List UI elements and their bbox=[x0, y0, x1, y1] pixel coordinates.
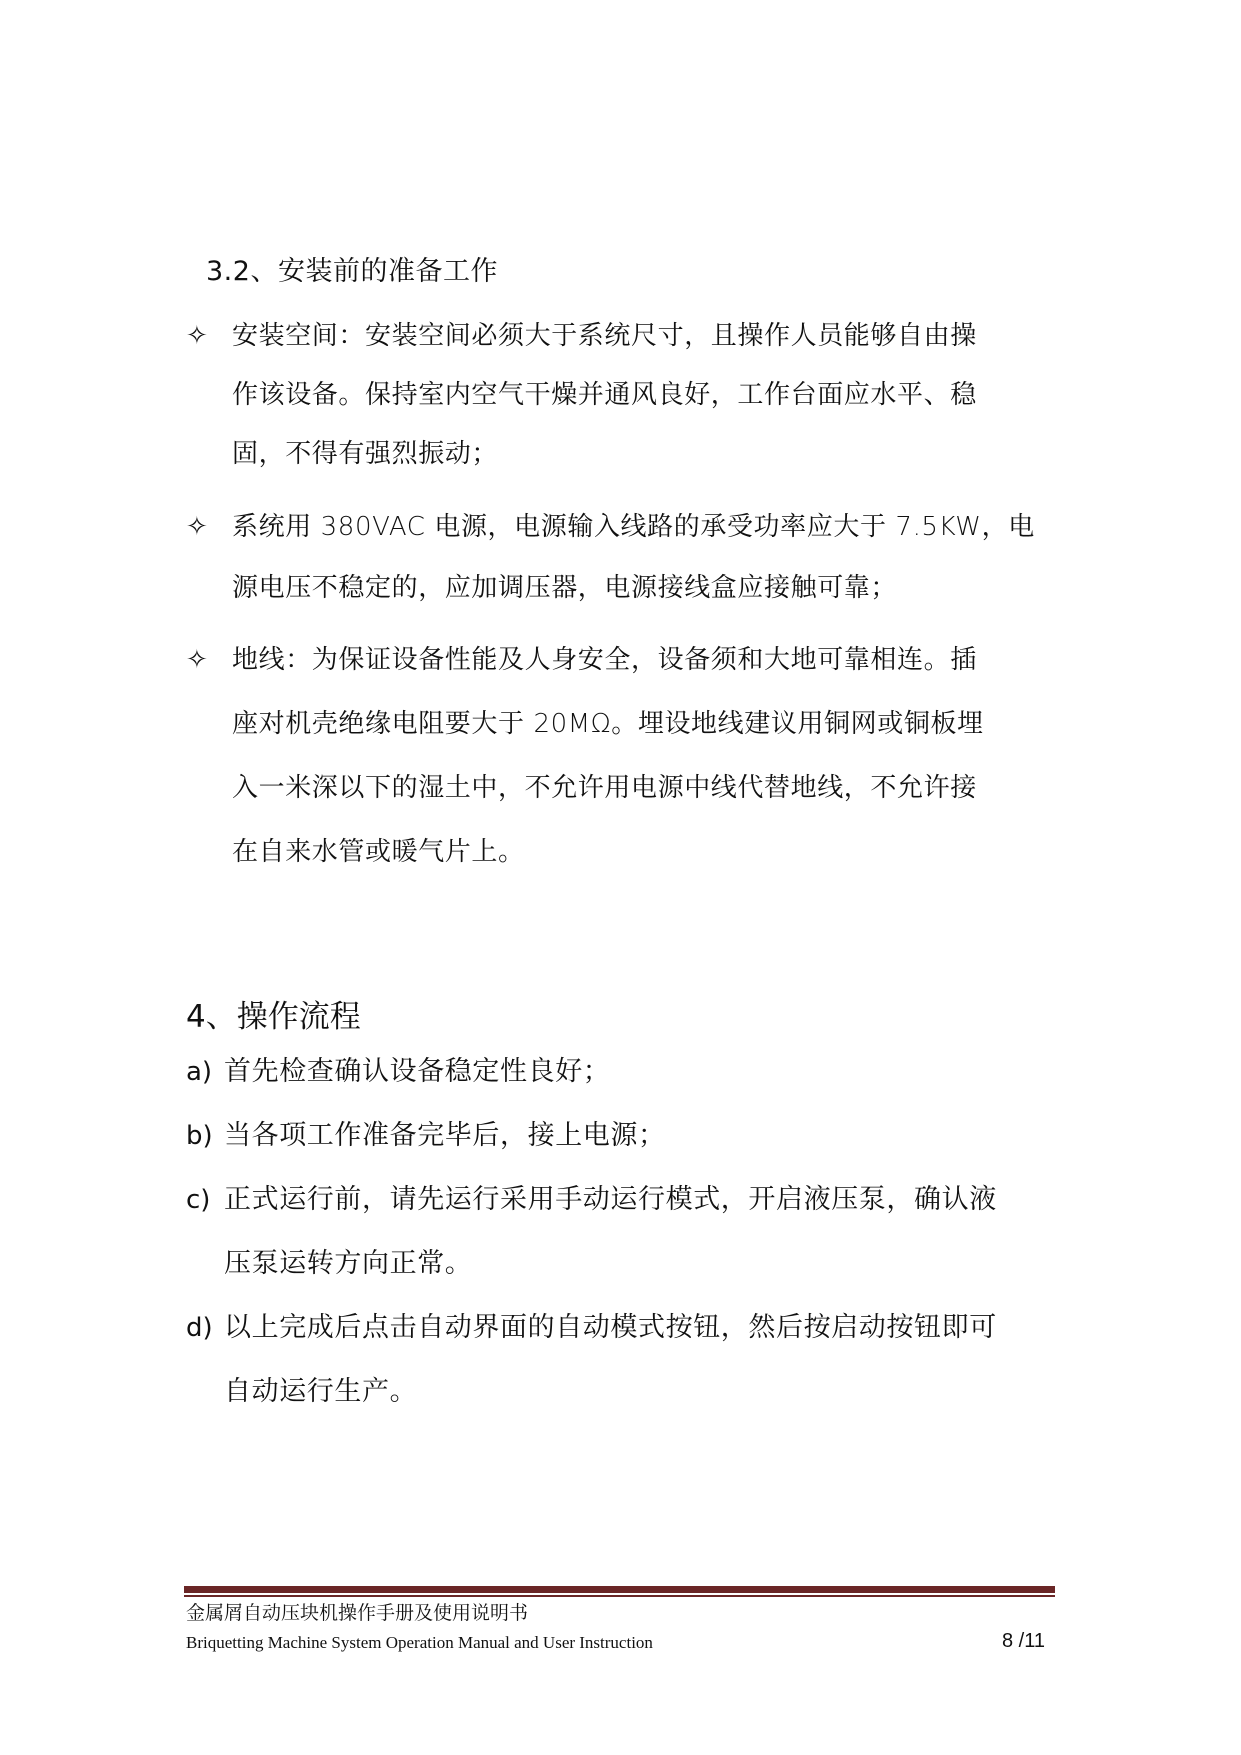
document-page: 3.2、安装前的准备工作 ✧ 安装空间：安装空间必须大于系统尺寸，且操作人员能够… bbox=[0, 0, 1241, 1755]
step-c-line-2: 压泵运转方向正常。 bbox=[224, 1246, 472, 1282]
footer-title-chinese: 金属屑自动压块机操作手册及使用说明书 bbox=[186, 1600, 528, 1626]
step-d-marker: d) bbox=[186, 1310, 213, 1346]
bullet-3-line-2: 座对机壳绝缘电阻要大于 20MΩ。埋设地线建议用铜网或铜板埋 bbox=[232, 706, 984, 742]
step-a-line-1: 首先检查确认设备稳定性良好； bbox=[224, 1054, 610, 1090]
star-bullet-icon: ✧ bbox=[186, 509, 208, 545]
star-bullet-icon: ✧ bbox=[186, 642, 208, 678]
step-d-line-1: 以上完成后点击自动界面的自动模式按钮，然后按启动按钮即可 bbox=[224, 1310, 997, 1346]
bullet-1-line-1: 安装空间：安装空间必须大于系统尺寸，且操作人员能够自由操 bbox=[232, 318, 977, 354]
bullet-1-line-2: 作该设备。保持室内空气干燥并通风良好，工作台面应水平、稳 bbox=[232, 377, 977, 413]
bullet-3-line-1: 地线：为保证设备性能及人身安全，设备须和大地可靠相连。插 bbox=[232, 642, 977, 678]
footer-divider-thin bbox=[184, 1595, 1055, 1597]
step-a-marker: a) bbox=[186, 1054, 212, 1090]
step-b-line-1: 当各项工作准备完毕后，接上电源； bbox=[224, 1118, 666, 1154]
bullet-3-line-3: 入一米深以下的湿土中，不允许用电源中线代替地线，不允许接 bbox=[232, 770, 977, 806]
step-b-marker: b) bbox=[186, 1118, 213, 1154]
step-c-line-1: 正式运行前，请先运行采用手动运行模式，开启液压泵，确认液 bbox=[224, 1182, 997, 1218]
step-c-marker: c) bbox=[186, 1182, 210, 1218]
bullet-3-line-4: 在自来水管或暖气片上。 bbox=[232, 834, 525, 870]
section-heading-4: 4、操作流程 bbox=[186, 996, 361, 1038]
bullet-2-line-2: 源电压不稳定的，应加调压器，电源接线盒应接触可靠； bbox=[232, 570, 897, 606]
step-d-line-2: 自动运行生产。 bbox=[224, 1374, 417, 1410]
star-bullet-icon: ✧ bbox=[186, 318, 208, 354]
footer-title-english: Briquetting Machine System Operation Man… bbox=[186, 1631, 653, 1655]
section-heading-3-2: 3.2、安装前的准备工作 bbox=[206, 252, 498, 292]
page-number: 8 /11 bbox=[1002, 1627, 1045, 1655]
bullet-2-line-1: 系统用 380VAC 电源，电源输入线路的承受功率应大于 7.5KW，电 bbox=[232, 509, 1035, 545]
footer-divider-thick bbox=[184, 1586, 1055, 1593]
bullet-1-line-3: 固，不得有强烈振动； bbox=[232, 436, 498, 472]
